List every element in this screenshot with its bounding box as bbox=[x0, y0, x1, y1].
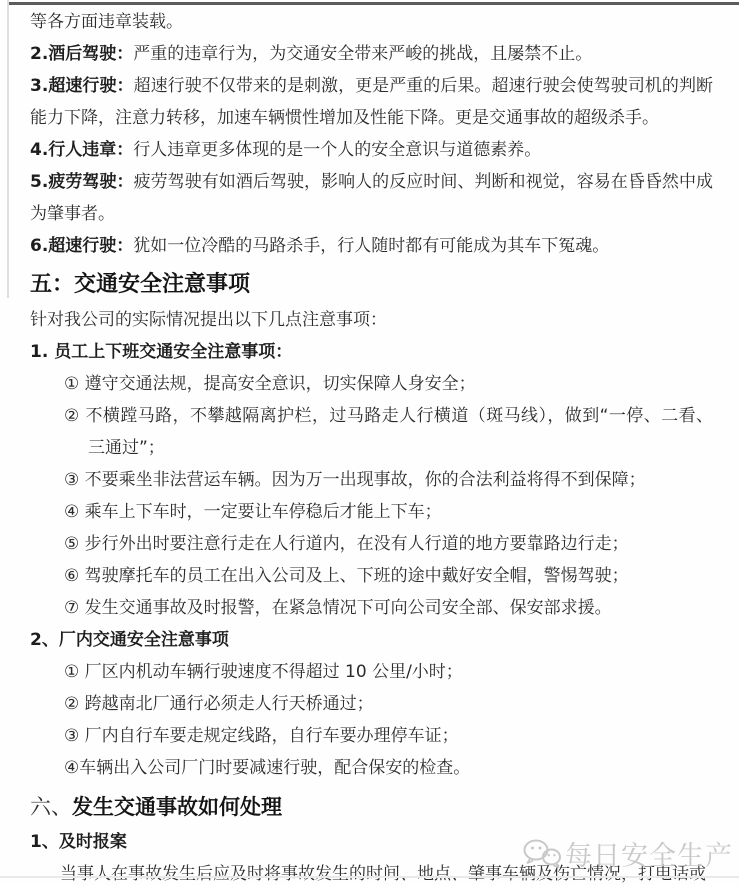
bottom-divider bbox=[0, 876, 739, 878]
section-5-intro: 针对我公司的实际情况提出以下几点注意事项： bbox=[0, 304, 739, 336]
document-page: 等各方面违章装载。 2.酒后驾驶：严重的违章行为，为交通安全带来严峻的挑战，且屡… bbox=[0, 0, 739, 885]
paragraph-lead: 5.疲劳驾驶： bbox=[30, 172, 134, 192]
list-item: ⑦ 发生交通事故及时报警，在紧急情况下可向公司安全部、保安部求援。 bbox=[0, 592, 739, 624]
paragraph-lead: 3.超速行驶： bbox=[30, 76, 134, 96]
paragraph-speeding-2: 6.超速行驶：犹如一位冷酷的马路杀手，行人随时都有可能成为其车下冤魂。 bbox=[0, 230, 739, 262]
section-6-number: 六、 bbox=[30, 795, 72, 819]
paragraph-speeding-1: 3.超速行驶：超速行驶不仅带来的是刺激，更是严重的后果。超速行驶会使驾驶司机的判… bbox=[0, 70, 739, 134]
list-item: ② 跨越南北厂通行必须走人行天桥通过； bbox=[0, 688, 739, 720]
list-item: ① 遵守交通法规，提高安全意识，切实保障人身安全； bbox=[0, 368, 739, 400]
paragraph-report-detail: 当事人在事故发生后应及时将事故发生的时间、地点、肇事车辆及伤亡情况，打电话或 bbox=[0, 858, 739, 885]
list-item: ⑤ 步行外出时要注意行走在人行道内，在没有人行道的地方要靠路边行走； bbox=[0, 528, 739, 560]
paragraph-drunk-driving: 2.酒后驾驶：严重的违章行为，为交通安全带来严峻的挑战，且屡禁不止。 bbox=[0, 38, 739, 70]
paragraph-text: 严重的违章行为，为交通安全带来严峻的挑战，且屡禁不止。 bbox=[133, 44, 592, 64]
section-5-heading: 五：交通安全注意事项 bbox=[0, 266, 739, 304]
paragraph-lead: 4.行人违章： bbox=[30, 140, 133, 160]
list-item: ④ 乘车上下车时，一定要让车停稳后才能上下车； bbox=[0, 496, 739, 528]
paragraph-overload-tail: 等各方面违章装载。 bbox=[0, 6, 739, 38]
document-body: 等各方面违章装载。 2.酒后驾驶：严重的违章行为，为交通安全带来严峻的挑战，且屡… bbox=[0, 6, 739, 885]
list-item: ① 厂区内机动车辆行驶速度不得超过 10 公里/小时； bbox=[0, 656, 739, 688]
paragraph-pedestrian-violation: 4.行人违章：行人违章更多体现的是一个人的安全意识与道德素养。 bbox=[0, 134, 739, 166]
paragraph-text: 犹如一位冷酷的马路杀手，行人随时都有可能成为其车下冤魂。 bbox=[133, 236, 609, 256]
paragraph-fatigue-driving: 5.疲劳驾驶：疲劳驾驶有如酒后驾驶，影响人的反应时间、判断和视觉，容易在昏昏然中… bbox=[0, 166, 739, 230]
paragraph-lead: 6.超速行驶： bbox=[30, 236, 133, 256]
paragraph-text: 行人违章更多体现的是一个人的安全意识与道德素养。 bbox=[133, 140, 541, 160]
section-6-heading: 六、发生交通事故如何处理 bbox=[0, 788, 739, 826]
list-item: ④车辆出入公司厂门时要减速行驶，配合保安的检查。 bbox=[0, 752, 739, 784]
list-item: ② 不横蹚马路，不攀越隔离护栏，过马路走人行横道（斑马线），做到“一停、二看、三… bbox=[0, 400, 739, 464]
list-item: ③ 厂内自行车要走规定线路，自行车要办理停车证； bbox=[0, 720, 739, 752]
list-item: ③ 不要乘坐非法营运车辆。因为万一出现事故，你的合法利益将得不到保障； bbox=[0, 464, 739, 496]
subsection-commute-heading: 1. 员工上下班交通安全注意事项： bbox=[0, 336, 739, 368]
subsection-factory-heading: 2、厂内交通安全注意事项 bbox=[0, 624, 739, 656]
top-divider bbox=[8, 2, 739, 5]
section-6-title-text: 发生交通事故如何处理 bbox=[72, 795, 282, 819]
subsection-report-heading: 1、及时报案 bbox=[0, 826, 739, 858]
paragraph-lead: 2.酒后驾驶： bbox=[30, 44, 133, 64]
list-item: ⑥ 驾驶摩托车的员工在出入公司及上、下班的途中戴好安全帽，警惕驾驶； bbox=[0, 560, 739, 592]
